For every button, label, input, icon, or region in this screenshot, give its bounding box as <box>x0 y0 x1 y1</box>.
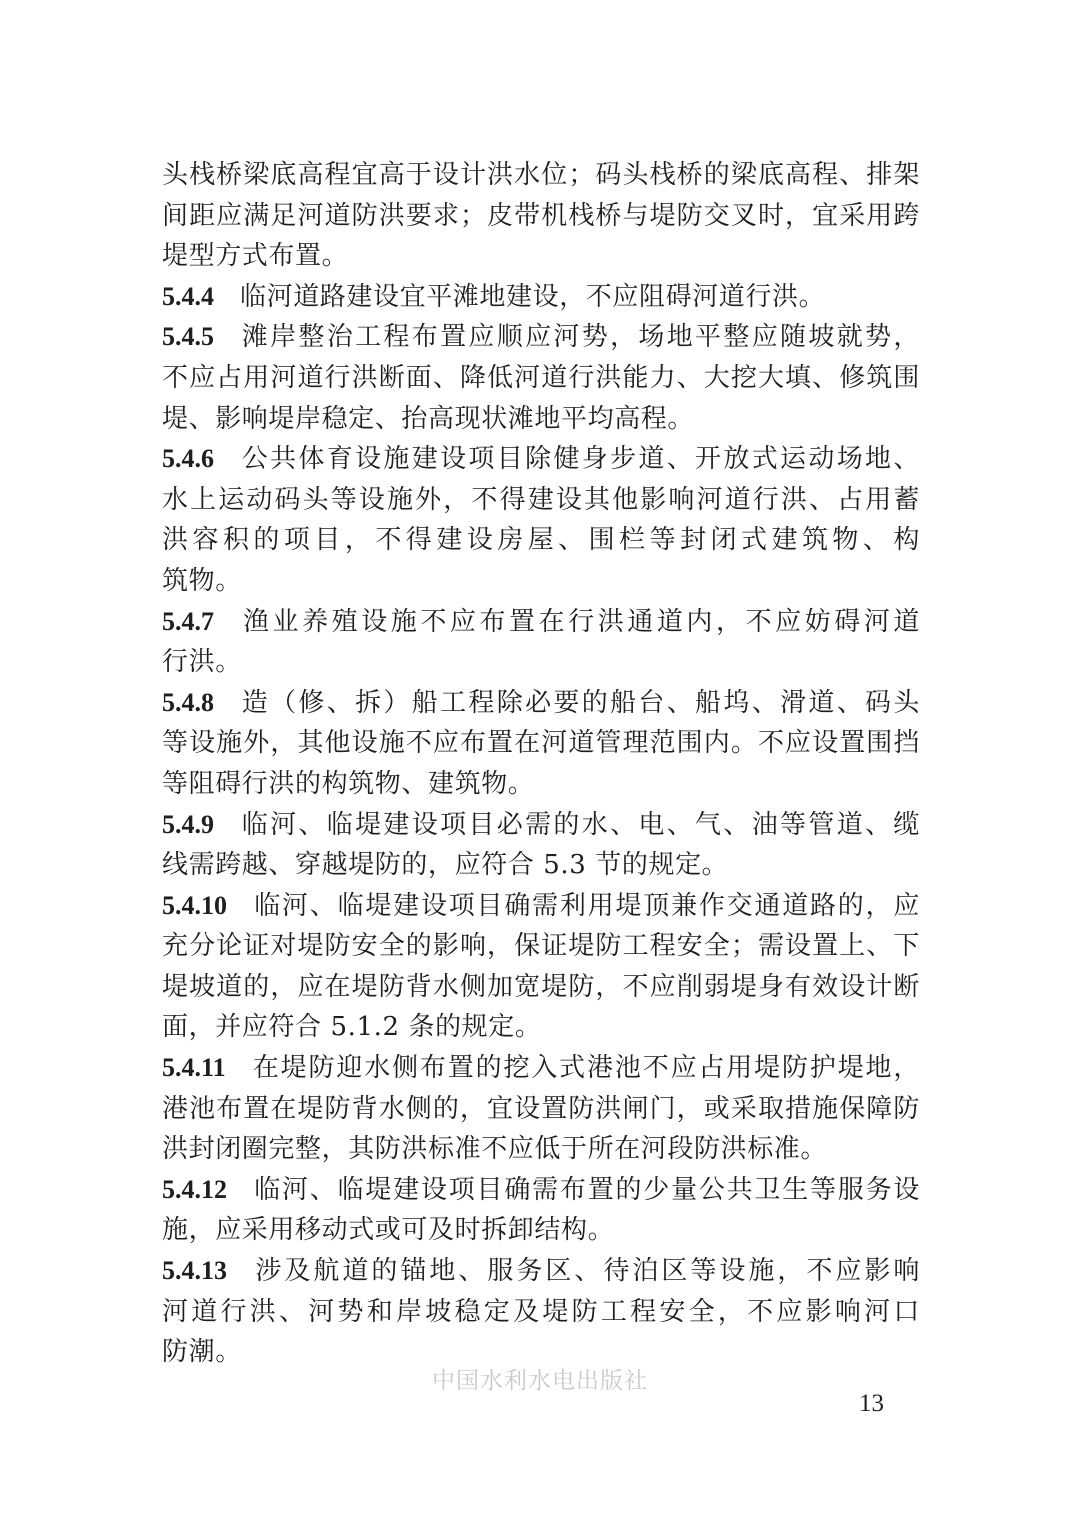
clause-5-4-6: 5.4.6公共体育设施建设项目除健身步道、开放式运动场地、 <box>162 439 920 480</box>
text-line: 不应占用河道行洪断面、降低河道行洪能力、大挖大填、修筑围 <box>162 358 920 399</box>
text-line: 充分论证对堤防安全的影响，保证堤防工程安全；需设置上、下 <box>162 926 920 967</box>
text-line: 港池布置在堤防背水侧的，宜设置防洪闸门，或采取措施保障防 <box>162 1089 920 1130</box>
text-line: 堤型方式布置。 <box>162 236 920 277</box>
clause-text: 造（修、拆）船工程除必要的船台、船坞、滑道、码头 <box>240 688 920 718</box>
page-body: 头栈桥梁底高程宜高于设计洪水位；码头栈桥的梁底高程、排架 间距应满足河道防洪要求… <box>162 155 920 1373</box>
clause-text: 临河、临堤建设项目必需的水、电、气、油等管道、缆 <box>240 810 920 840</box>
text-line: 堤坡道的，应在堤防背水侧加宽堤防，不应削弱堤身有效设计断 <box>162 967 920 1008</box>
clause-number: 5.4.6 <box>162 444 214 473</box>
text-line: 面，并应符合 5.1.2 条的规定。 <box>162 1007 920 1048</box>
text-line: 水上运动码头等设施外，不得建设其他影响河道行洪、占用蓄 <box>162 480 920 521</box>
clause-text: 涉及航道的锚地、服务区、待泊区等设施，不应影响 <box>253 1256 920 1286</box>
clause-text: 渔业养殖设施不应布置在行洪通道内，不应妨碍河道 <box>240 607 920 637</box>
text-line: 河道行洪、河势和岸坡稳定及堤防工程安全，不应影响河口 <box>162 1292 920 1333</box>
clause-text: 滩岸整治工程布置应顺应河势，场地平整应随坡就势， <box>240 322 920 352</box>
publisher-watermark: 中国水利水电出版社 <box>0 1362 1080 1395</box>
clause-5-4-8: 5.4.8造（修、拆）船工程除必要的船台、船坞、滑道、码头 <box>162 683 920 724</box>
clause-5-4-5: 5.4.5滩岸整治工程布置应顺应河势，场地平整应随坡就势， <box>162 317 920 358</box>
clause-number: 5.4.8 <box>162 688 214 717</box>
clause-5-4-7: 5.4.7渔业养殖设施不应布置在行洪通道内，不应妨碍河道 <box>162 602 920 643</box>
clause-text: 临河道路建设宜平滩地建设，不应阻碍河道行洪。 <box>240 282 825 312</box>
clause-5-4-4: 5.4.4临河道路建设宜平滩地建设，不应阻碍河道行洪。 <box>162 277 920 318</box>
clause-number: 5.4.4 <box>162 282 214 311</box>
text-line: 施，应采用移动式或可及时拆卸结构。 <box>162 1210 920 1251</box>
text-line: 堤、影响堤岸稳定、抬高现状滩地平均高程。 <box>162 399 920 440</box>
text-line: 筑物。 <box>162 561 920 602</box>
text-line: 洪封闭圈完整，其防洪标准不应低于所在河段防洪标准。 <box>162 1129 920 1170</box>
clause-5-4-11: 5.4.11在堤防迎水侧布置的挖入式港池不应占用堤防护堤地， <box>162 1048 920 1089</box>
clause-number: 5.4.9 <box>162 810 214 839</box>
clause-5-4-9: 5.4.9临河、临堤建设项目必需的水、电、气、油等管道、缆 <box>162 805 920 846</box>
clause-text: 在堤防迎水侧布置的挖入式港池不应占用堤防护堤地， <box>252 1053 920 1083</box>
clause-number: 5.4.13 <box>162 1256 227 1285</box>
clause-5-4-10: 5.4.10临河、临堤建设项目确需利用堤顶兼作交通道路的，应 <box>162 886 920 927</box>
clause-text: 公共体育设施建设项目除健身步道、开放式运动场地、 <box>240 444 920 474</box>
text-line: 等阻碍行洪的构筑物、建筑物。 <box>162 764 920 805</box>
clause-5-4-12: 5.4.12临河、临堤建设项目确需布置的少量公共卫生等服务设 <box>162 1170 920 1211</box>
text-line: 间距应满足河道防洪要求；皮带机栈桥与堤防交叉时，宜采用跨 <box>162 196 920 237</box>
text-line: 洪容积的项目，不得建设房屋、围栏等封闭式建筑物、构 <box>162 520 920 561</box>
text-line: 头栈桥梁底高程宜高于设计洪水位；码头栈桥的梁底高程、排架 <box>162 155 920 196</box>
text-line: 行洪。 <box>162 642 920 683</box>
page-number: 13 <box>859 1390 884 1418</box>
clause-text: 临河、临堤建设项目确需布置的少量公共卫生等服务设 <box>253 1175 920 1205</box>
clause-number: 5.4.7 <box>162 607 214 636</box>
clause-number: 5.4.5 <box>162 322 214 351</box>
clause-5-4-13: 5.4.13涉及航道的锚地、服务区、待泊区等设施，不应影响 <box>162 1251 920 1292</box>
clause-text: 临河、临堤建设项目确需利用堤顶兼作交通道路的，应 <box>253 891 920 921</box>
text-line: 等设施外，其他设施不应布置在河道管理范围内。不应设置围挡 <box>162 723 920 764</box>
clause-number: 5.4.11 <box>162 1053 226 1082</box>
text-line: 线需跨越、穿越堤防的，应符合 5.3 节的规定。 <box>162 845 920 886</box>
clause-number: 5.4.12 <box>162 1175 227 1204</box>
clause-number: 5.4.10 <box>162 891 227 920</box>
